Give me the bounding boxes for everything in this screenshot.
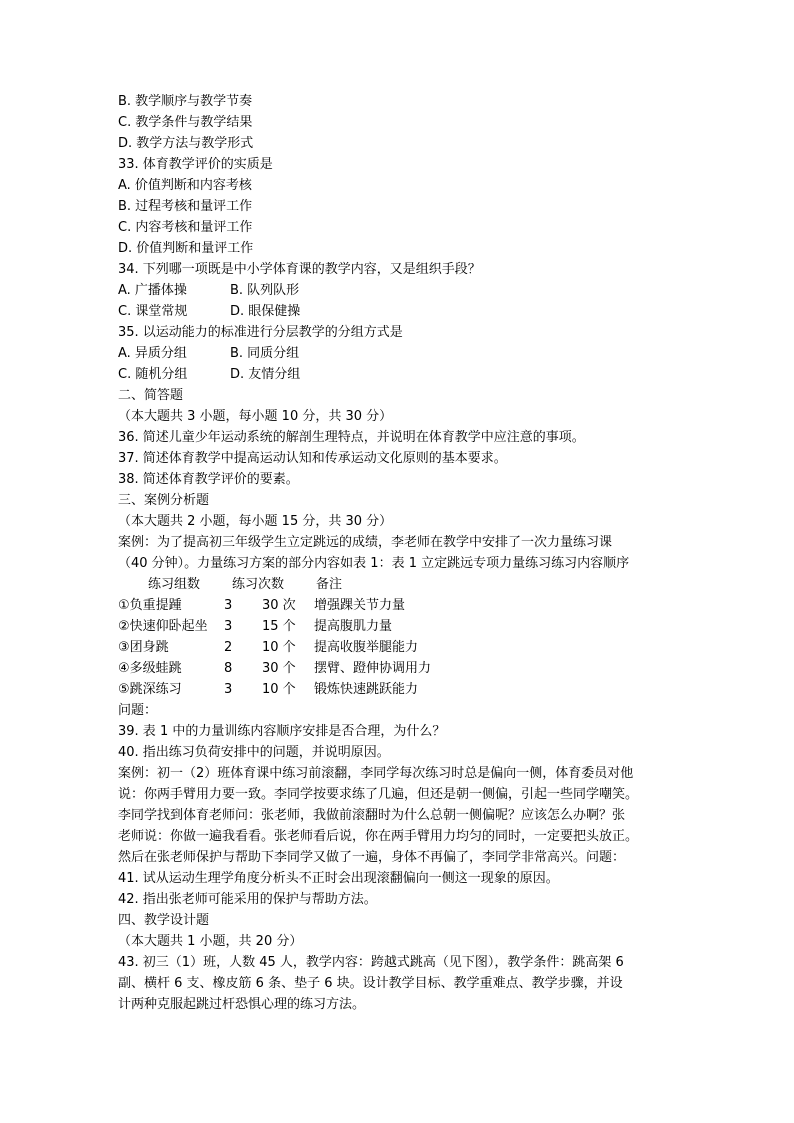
table-cell-sets: 3 [224,616,262,637]
table-cell-note: 摆臂、蹬伸协调用力 [314,658,431,679]
q34-options-row-1: A. 广播体操 B. 队列队形 [118,280,678,301]
table-cell-note: 增强踝关节力量 [314,595,405,616]
questions-label: 问题： [118,700,678,721]
q33-option-a: A. 价值判断和内容考核 [118,175,678,196]
table-cell-item: ③团身跳 [118,637,224,658]
table-header-reps: 练习次数 [232,574,316,595]
q41: 41. 试从运动生理学角度分析头不正时会出现滚翻偏向一侧这一现象的原因。 [118,868,678,889]
q43-line-2: 副、横杆 6 支、橡皮筋 6 条、垫子 6 块。设计教学目标、教学重难点、教学步… [118,973,678,994]
q40: 40. 指出练习负荷安排中的问题，并说明原因。 [118,742,678,763]
q33-option-b: B. 过程考核和量评工作 [118,196,678,217]
table-row: ③团身跳 2 10 个 提高收腹举腿能力 [118,637,678,658]
q36: 36. 简述儿童少年运动系统的解剖生理特点，并说明在体育教学中应注意的事项。 [118,427,678,448]
q35-stem: 35. 以运动能力的标准进行分层教学的分组方式是 [118,322,678,343]
table-cell-reps: 10 个 [262,679,314,700]
table-row: ⑤跳深练习 3 10 个 锻炼快速跳跃能力 [118,679,678,700]
section2-title: 二、简答题 [118,385,678,406]
section4-note: （本大题共 1 小题，共 20 分） [118,931,678,952]
table-cell-note: 提高收腹举腿能力 [314,637,418,658]
q37: 37. 简述体育教学中提高运动认知和传承运动文化原则的基本要求。 [118,448,678,469]
table-cell-sets: 3 [224,595,262,616]
q33-option-c: C. 内容考核和量评工作 [118,217,678,238]
q32-option-c: C. 教学条件与教学结果 [118,112,678,133]
table-cell-item: ④多级蛙跳 [118,658,224,679]
case1-line-2: （40 分钟）。力量练习方案的部分内容如表 1：表 1 立定跳远专项力量练习练习… [118,553,678,574]
table-cell-note: 锻炼快速跳跃能力 [314,679,418,700]
case2-line-3: 李同学找到体育老师问：张老师，我做前滚翻时为什么总朝一侧偏呢？应该怎么办啊？张 [118,805,678,826]
document-page: B. 教学顺序与教学节奏 C. 教学条件与教学结果 D. 教学方法与教学形式 3… [118,91,678,1015]
table-header-note: 备注 [316,574,342,595]
q33-option-d: D. 价值判断和量评工作 [118,238,678,259]
table-cell-reps: 30 个 [262,658,314,679]
q35-options-row-2: C. 随机分组 D. 友情分组 [118,364,678,385]
q43-line-3: 计两种克服起跳过杆恐惧心理的练习方法。 [118,994,678,1015]
q34-option-a: A. 广播体操 [118,280,230,301]
q34-option-c: C. 课堂常规 [118,301,230,322]
q35-option-d: D. 友情分组 [230,364,300,385]
q33-stem: 33. 体育教学评价的实质是 [118,154,678,175]
section2-note: （本大题共 3 小题，每小题 10 分，共 30 分） [118,406,678,427]
q43-line-1: 43. 初三（1）班，人数 45 人，教学内容：跨越式跳高（见下图），教学条件：… [118,952,678,973]
table-cell-reps: 15 个 [262,616,314,637]
section3-note: （本大题共 2 小题，每小题 15 分，共 30 分） [118,511,678,532]
case2-line-1: 案例：初一（2）班体育课中练习前滚翻，李同学每次练习时总是偏向一侧，体育委员对他 [118,763,678,784]
q42: 42. 指出张老师可能采用的保护与帮助方法。 [118,889,678,910]
table-row: ④多级蛙跳 8 30 个 摆臂、蹬伸协调用力 [118,658,678,679]
case2-line-4: 老师说：你做一遍我看看。张老师看后说，你在两手臂用力均匀的同时，一定要把头放正。 [118,826,678,847]
table-cell-reps: 30 次 [262,595,314,616]
table-cell-reps: 10 个 [262,637,314,658]
q35-option-a: A. 异质分组 [118,343,230,364]
q38: 38. 简述体育教学评价的要素。 [118,469,678,490]
q34-stem: 34. 下列哪一项既是中小学体育课的教学内容，又是组织手段？ [118,259,678,280]
q39: 39. 表 1 中的力量训练内容顺序安排是否合理，为什么？ [118,721,678,742]
table-cell-sets: 3 [224,679,262,700]
table-header-sets: 练习组数 [148,574,232,595]
case1-line-1: 案例：为了提高初三年级学生立定跳远的成绩，李老师在教学中安排了一次力量练习课 [118,532,678,553]
table-row: ②快速仰卧起坐 3 15 个 提高腹肌力量 [118,616,678,637]
table-cell-item: ⑤跳深练习 [118,679,224,700]
table-cell-sets: 8 [224,658,262,679]
q32-option-d: D. 教学方法与教学形式 [118,133,678,154]
q34-option-d: D. 眼保健操 [230,301,300,322]
q34-options-row-2: C. 课堂常规 D. 眼保健操 [118,301,678,322]
q35-options-row-1: A. 异质分组 B. 同质分组 [118,343,678,364]
table-header: 练习组数 练习次数 备注 [118,574,678,595]
table-cell-item: ②快速仰卧起坐 [118,616,224,637]
section3-title: 三、案例分析题 [118,490,678,511]
q35-option-c: C. 随机分组 [118,364,230,385]
table-cell-item: ①负重提踵 [118,595,224,616]
case2-line-2: 说：你两手臂用力要一致。李同学按要求练了几遍，但还是朝一侧偏，引起一些同学嘲笑。 [118,784,678,805]
q34-option-b: B. 队列队形 [230,280,299,301]
q32-option-b: B. 教学顺序与教学节奏 [118,91,678,112]
table-cell-sets: 2 [224,637,262,658]
case2-line-5: 然后在张老师保护与帮助下李同学又做了一遍，身体不再偏了，李同学非常高兴。问题： [118,847,678,868]
q35-option-b: B. 同质分组 [230,343,299,364]
table-row: ①负重提踵 3 30 次 增强踝关节力量 [118,595,678,616]
table-cell-note: 提高腹肌力量 [314,616,392,637]
section4-title: 四、教学设计题 [118,910,678,931]
